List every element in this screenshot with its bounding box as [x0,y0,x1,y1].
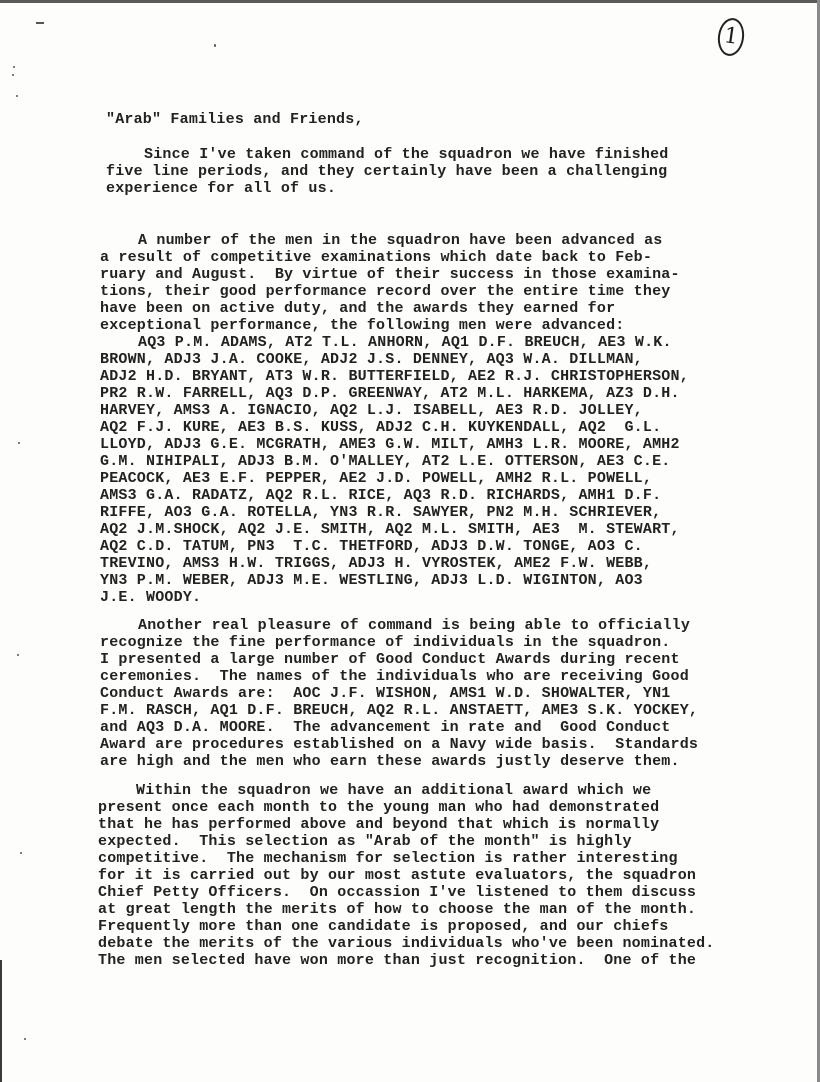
paragraph-intro-line: Since I've taken command of the squadron… [144,146,668,163]
paragraph-arab-of-the-month-line: debate the merits of the various individ… [98,935,715,952]
paragraph-intro-line: experience for all of us. [106,180,336,197]
paragraph-advanced-names-line: J.E. WOODY. [100,589,201,606]
paragraph-advancement-line: have been on active duty, and the awards… [100,300,615,317]
paragraph-advanced-names-line: HARVEY, AMS3 A. IGNACIO, AQ2 L.J. ISABEL… [100,402,643,419]
scanned-letter-page: 1 "Arab" Families and Friends,Since I've… [0,0,820,1082]
paragraph-good-conduct-line: and AQ3 D.A. MOORE. The advancement in r… [100,719,671,736]
paragraph-advanced-names-line: G.M. NIHIPALI, ADJ3 B.M. O'MALLEY, AT2 L… [100,453,671,470]
paragraph-good-conduct-line: F.M. RASCH, AQ1 D.F. BREUCH, AQ2 R.L. AN… [100,702,698,719]
paragraph-advanced-names-line: PEACOCK, AE3 E.F. PEPPER, AE2 J.D. POWEL… [100,470,652,487]
paragraph-advanced-names-line: PR2 R.W. FARRELL, AQ3 D.P. GREENWAY, AT2… [100,385,680,402]
scan-speck [16,95,18,97]
paragraph-advancement-line: exceptional performance, the following m… [100,317,624,334]
scan-speck [12,74,14,76]
paragraph-good-conduct-line: Award are procedures established on a Na… [100,736,698,753]
paragraph-advanced-names-line: YN3 P.M. WEBER, ADJ3 M.E. WESTLING, ADJ3… [100,572,643,589]
paragraph-advanced-names-line: AMS3 G.A. RADATZ, AQ2 R.L. RICE, AQ3 R.D… [100,487,661,504]
handwritten-page-number: 1 [715,16,746,57]
scan-speck [13,66,15,68]
paragraph-good-conduct-line: ceremonies. The names of the individuals… [100,668,689,685]
scan-mark [36,22,44,24]
paragraph-intro-line: five line periods, and they certainly ha… [106,163,667,180]
paragraph-arab-of-the-month-line: Within the squadron we have an additiona… [136,782,651,799]
paragraph-advanced-names-line: RIFFE, AO3 G.A. ROTELLA, YN3 R.R. SAWYER… [100,504,661,521]
salutation: "Arab" Families and Friends, [106,111,364,128]
paragraph-arab-of-the-month-line: for it is carried out by our most astute… [98,867,696,884]
scan-speck [214,44,216,47]
paragraph-advancement-line: a result of competitive examinations whi… [100,249,652,266]
paragraph-arab-of-the-month-line: competitive. The mechanism for selection… [98,850,678,867]
paragraph-advanced-names-line: AQ2 F.J. KURE, AE3 B.S. KUSS, ADJ2 C.H. … [100,419,661,436]
scan-speck [18,442,20,444]
paragraph-advancement-line: ruary and August. By virtue of their suc… [100,266,680,283]
paragraph-arab-of-the-month-line: Frequently more than one candidate is pr… [98,918,669,935]
scan-edge-left [0,960,2,1082]
scan-speck [20,852,22,854]
paragraph-good-conduct-line: are high and the men who earn these awar… [100,753,680,770]
paragraph-advancement-line: A number of the men in the squadron have… [138,232,662,249]
paragraph-good-conduct-line: Conduct Awards are: AOC J.F. WISHON, AMS… [100,685,671,702]
paragraph-arab-of-the-month-line: that he has performed above and beyond t… [98,816,659,833]
paragraph-advanced-names-line: AQ2 C.D. TATUM, PN3 T.C. THETFORD, ADJ3 … [100,538,643,555]
paragraph-advanced-names-line: AQ2 J.M.SHOCK, AQ2 J.E. SMITH, AQ2 M.L. … [100,521,680,538]
paragraph-advanced-names-line: BROWN, ADJ3 J.A. COOKE, ADJ2 J.S. DENNEY… [100,351,643,368]
scan-speck [24,1038,26,1040]
paragraph-advanced-names-line: LLOYD, ADJ3 G.E. MCGRATH, AME3 G.W. MILT… [100,436,680,453]
paragraph-advancement-line: tions, their good performance record ove… [100,283,671,300]
paragraph-arab-of-the-month-line: Chief Petty Officers. On occassion I've … [98,884,696,901]
paragraph-good-conduct-line: Another real pleasure of command is bein… [138,617,690,634]
paragraph-advanced-names-line: TREVINO, AMS3 H.W. TRIGGS, ADJ3 H. VYROS… [100,555,652,572]
paragraph-advanced-names-line: AQ3 P.M. ADAMS, AT2 T.L. ANHORN, AQ1 D.F… [138,334,672,351]
paragraph-advanced-names-line: ADJ2 H.D. BRYANT, AT3 W.R. BUTTERFIELD, … [100,368,689,385]
paragraph-arab-of-the-month-line: expected. This selection as "Arab of the… [98,833,632,850]
paragraph-good-conduct-line: I presented a large number of Good Condu… [100,651,680,668]
paragraph-good-conduct-line: recognize the fine performance of indivi… [100,634,671,651]
paragraph-arab-of-the-month-line: at great length the merits of how to cho… [98,901,696,918]
paragraph-arab-of-the-month-line: The men selected have won more than just… [98,952,696,969]
paragraph-arab-of-the-month-line: present once each month to the young man… [98,799,659,816]
scan-edge-top [0,0,820,3]
scan-speck [17,654,19,656]
